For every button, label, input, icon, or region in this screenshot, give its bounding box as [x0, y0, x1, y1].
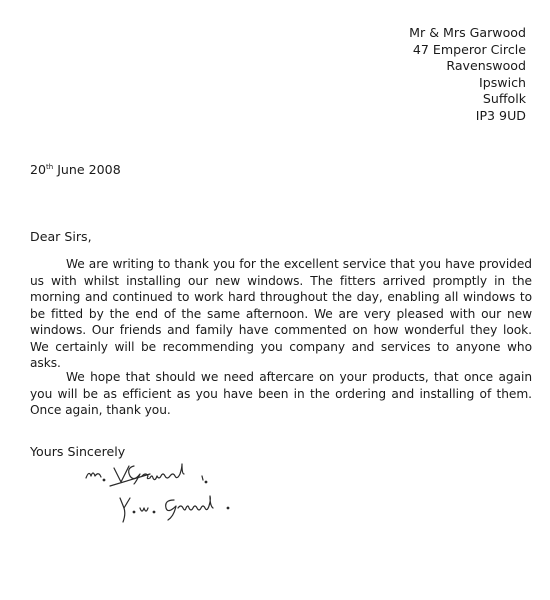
letter-date: 20th June 2008 [30, 162, 121, 177]
paragraph-text: We hope that should we need aftercare on… [30, 370, 532, 417]
address-line: Ipswich [409, 75, 526, 92]
address-line: 47 Emperor Circle [409, 42, 526, 59]
address-line: Mr & Mrs Garwood [409, 25, 526, 42]
salutation: Dear Sirs, [30, 229, 92, 244]
body-paragraph: We are writing to thank you for the exce… [30, 256, 532, 372]
closing: Yours Sincerely [30, 444, 125, 459]
date-month-year: June 2008 [53, 162, 120, 177]
address-line: Suffolk [409, 91, 526, 108]
signature-icon [84, 462, 284, 532]
handwritten-signatures [84, 462, 284, 535]
address-line: Ravenswood [409, 58, 526, 75]
body-paragraph: We hope that should we need aftercare on… [30, 369, 532, 419]
date-day: 20 [30, 162, 46, 177]
sender-address: Mr & Mrs Garwood 47 Emperor Circle Raven… [409, 25, 526, 125]
address-line: IP3 9UD [409, 108, 526, 125]
paragraph-text: We are writing to thank you for the exce… [30, 257, 532, 370]
